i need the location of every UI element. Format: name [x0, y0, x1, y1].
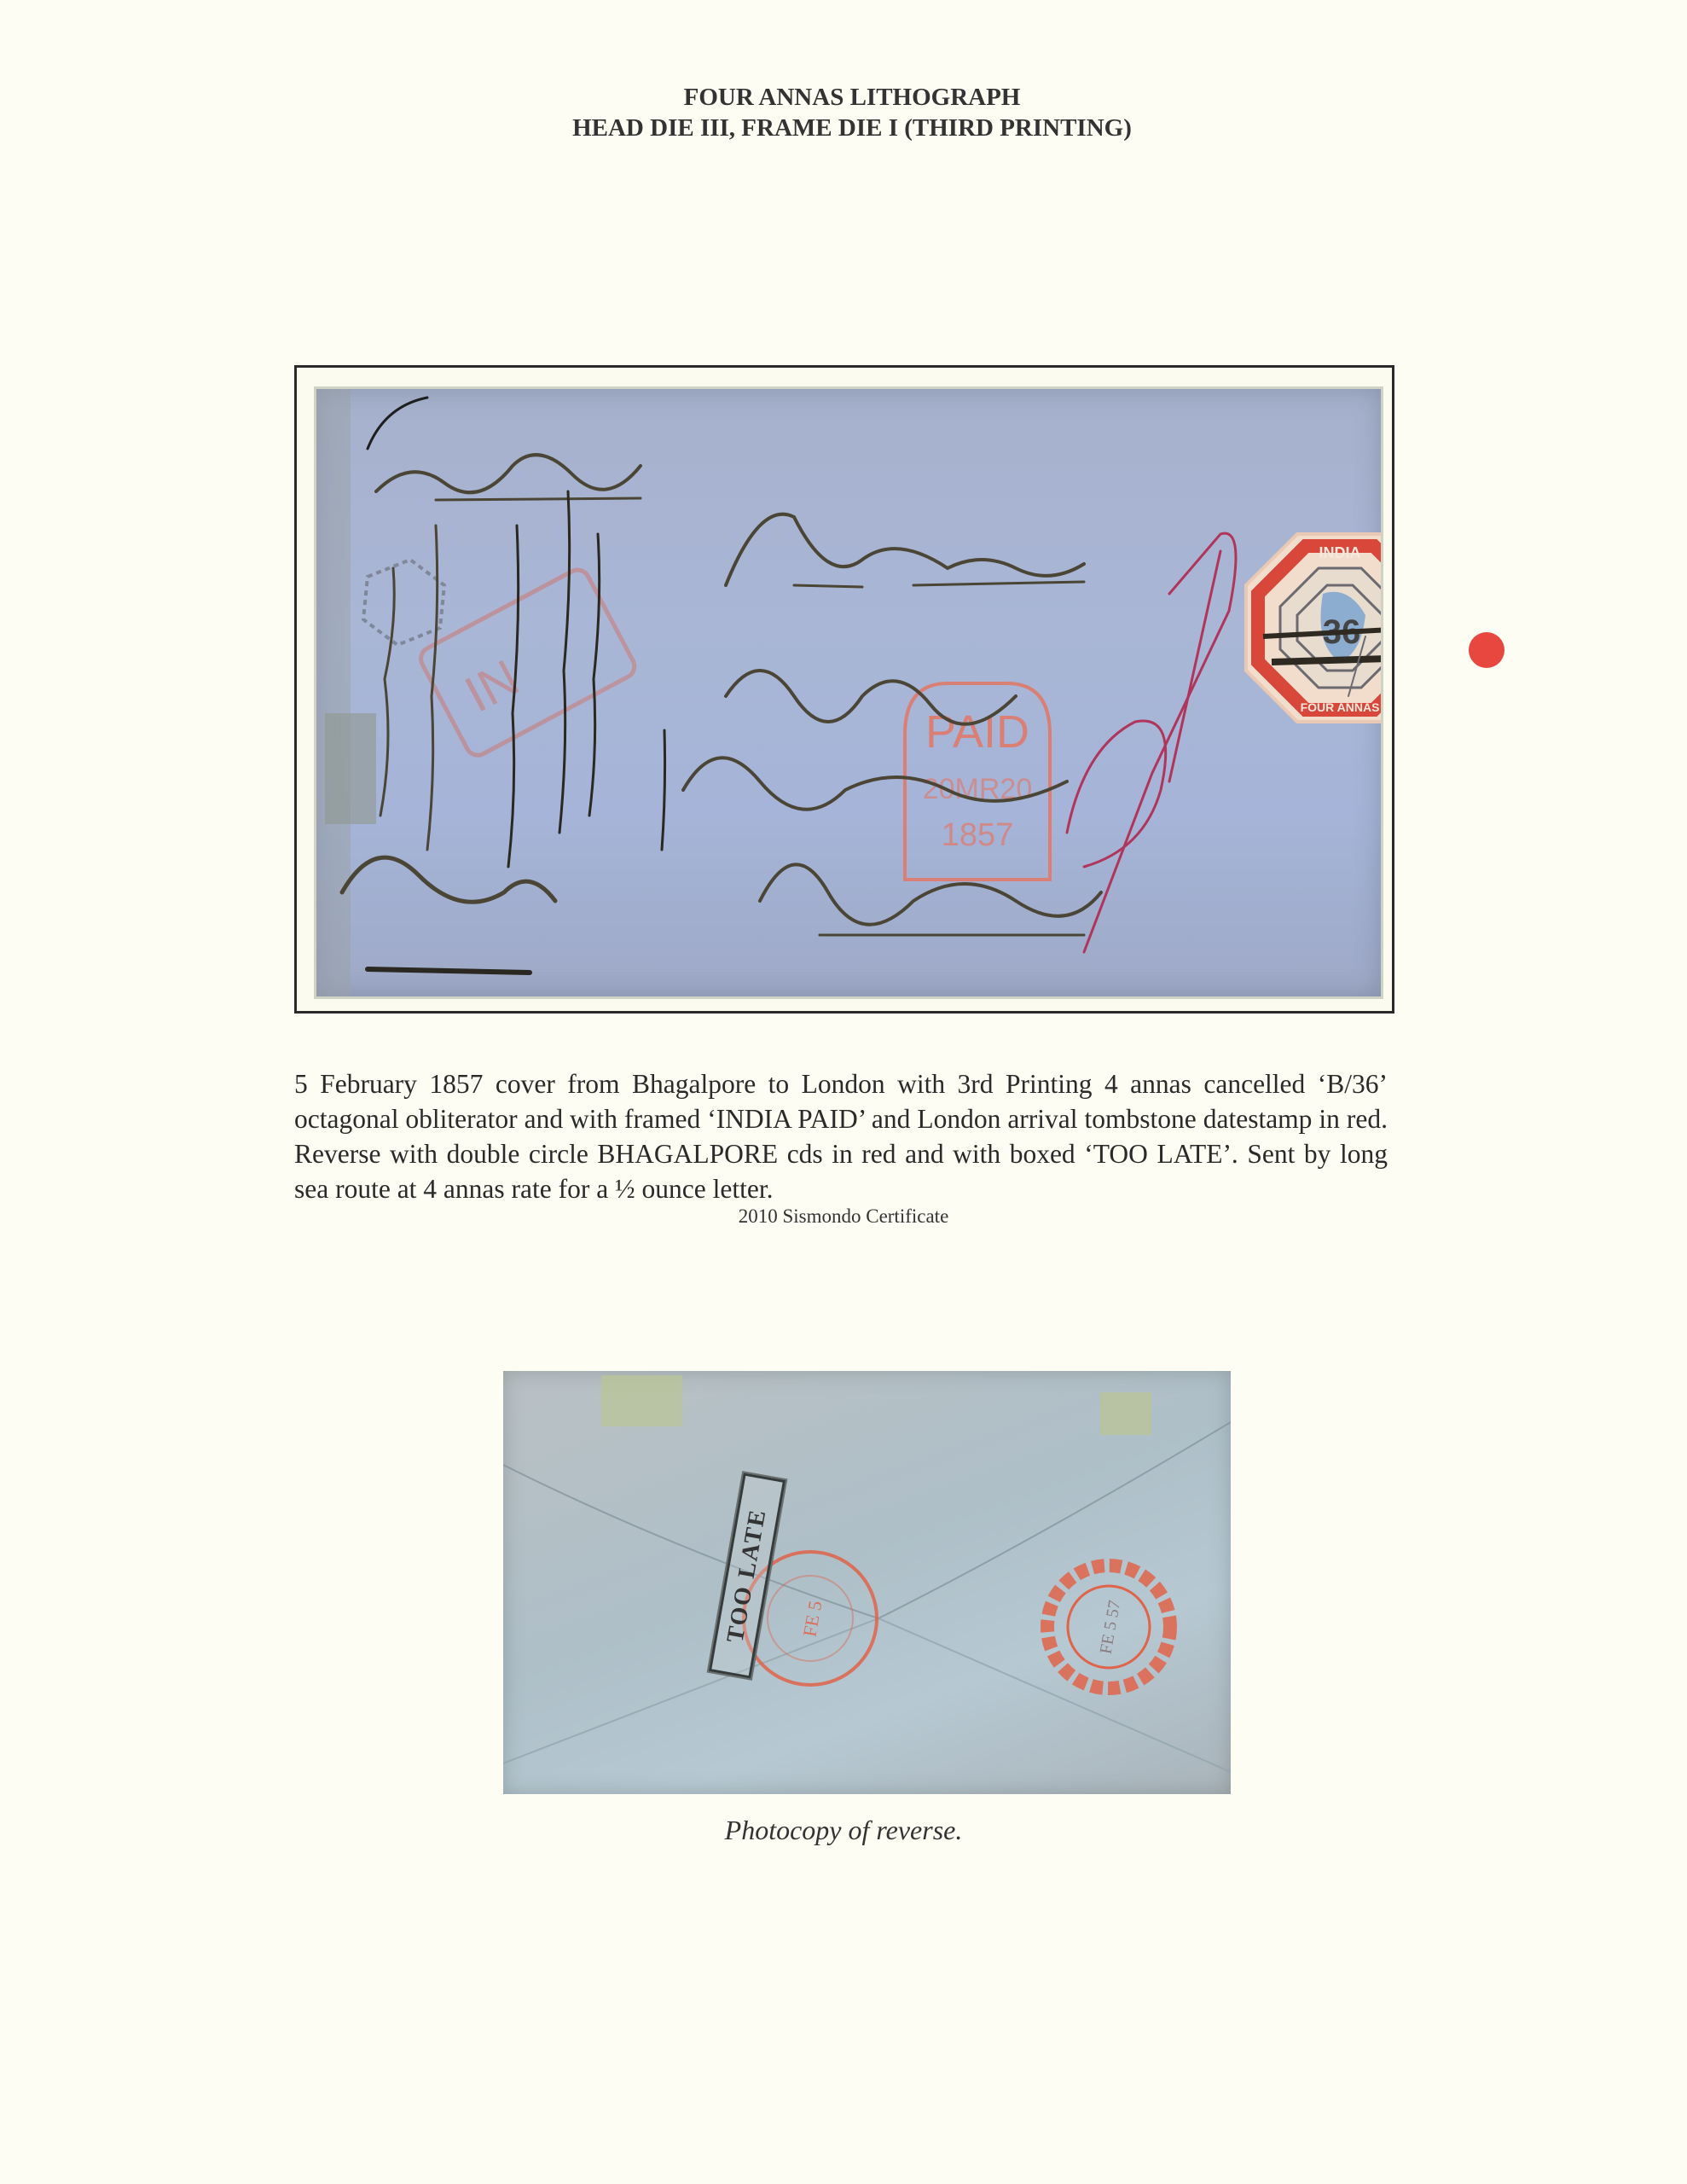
cover-reverse-illustration: FE 5 FE 5 57 [503, 1371, 1231, 1794]
cover-front-image: IN INDIA FOUR ANNAS 36 PAID 20 [314, 386, 1383, 999]
cover-front-frame: IN INDIA FOUR ANNAS 36 PAID 20 [294, 365, 1394, 1014]
reverse-caption: Photocopy of reverse. [0, 1815, 1687, 1846]
cover-description: 5 February 1857 cover from Bhagalpore to… [294, 1066, 1388, 1206]
cover-front-illustration: IN INDIA FOUR ANNAS 36 PAID 20 [316, 389, 1381, 996]
page-title: FOUR ANNAS LITHOGRAPH HEAD DIE III, FRAM… [0, 82, 1687, 143]
bhagalpore-cds-right: FE 5 57 [1047, 1565, 1170, 1688]
certificate-note: 2010 Sismondo Certificate [0, 1205, 1687, 1228]
svg-text:INDIA: INDIA [1319, 544, 1361, 561]
title-line-1: FOUR ANNAS LITHOGRAPH [17, 82, 1687, 113]
title-line-2: HEAD DIE III, FRAME DIE I (THIRD PRINTIN… [17, 113, 1687, 143]
svg-text:1857: 1857 [942, 817, 1014, 853]
svg-text:FE 5: FE 5 [798, 1599, 826, 1638]
svg-text:FOUR ANNAS: FOUR ANNAS [1301, 700, 1380, 714]
red-marker-dot [1469, 632, 1504, 668]
stamp-four-annas: INDIA FOUR ANNAS 36 [1246, 534, 1381, 722]
cover-reverse-image: FE 5 FE 5 57 TOO LATE [503, 1371, 1231, 1794]
svg-text:FE 5 57: FE 5 57 [1097, 1599, 1125, 1655]
